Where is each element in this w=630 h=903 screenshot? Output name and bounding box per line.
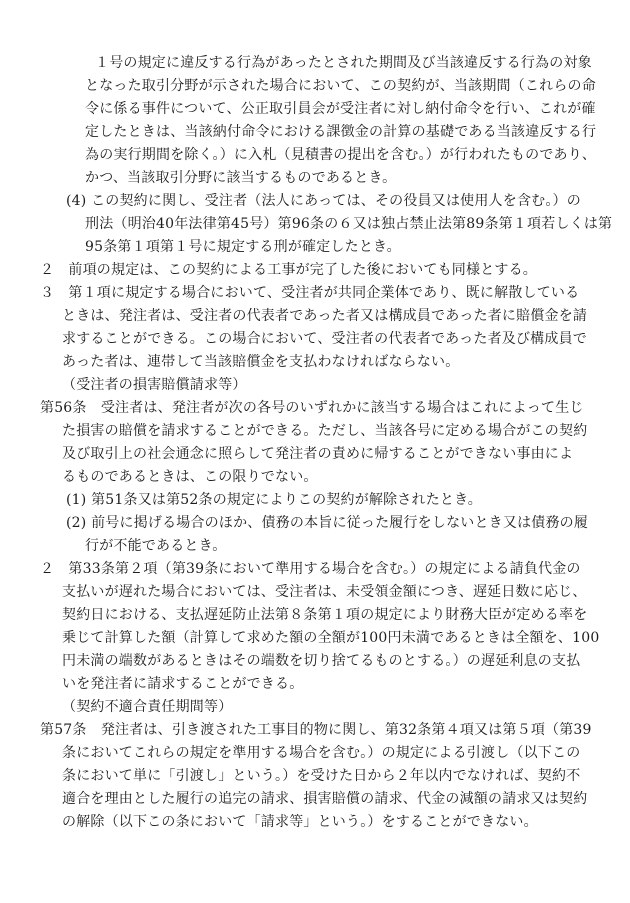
doc-line: ときは、発注者は、受注者の代表者であった者又は構成員であった者に賠償金を請 — [0, 305, 600, 328]
clause-2-line: ２ 前項の規定は、この契約による工事が完了した後においても同様とする。 — [0, 259, 600, 282]
doc-line: いを発注者に請求することができる。 — [0, 673, 600, 696]
doc-line: 条においてこれらの規定を準用する場合を含む。）の規定による引渡し（以下この — [0, 742, 600, 765]
doc-line: 令に係る事件について、公正取引員会が受注者に対し納付命令を行い、これが確 — [0, 98, 600, 121]
doc-line: 為の実行期間を除く。）に入札（見積書の提出を含む。）が行われたものであり、 — [0, 144, 600, 167]
article-57-line: 第57条 発注者は、引き渡された工事目的物に関し、第32条第４項又は第５項（第3… — [0, 719, 600, 742]
article-56-line: 第56条 受注者は、発注者が次の各号のいずれかに該当する場合はこれによって生じ — [0, 397, 600, 420]
section-title-line: （受注者の損害賠償請求等） — [0, 374, 600, 397]
doc-line: 及び取引上の社会通念に照らして発注者の責めに帰することができない事由によ — [0, 443, 600, 466]
item-2-line: (2) 前号に掲げる場合のほか、債務の本旨に従った履行をしないとき又は債務の履 — [0, 512, 600, 535]
doc-line: 刑法（明治40年法律第45号）第96条の６又は独占禁止法第89条第１項若しくは第 — [0, 213, 600, 236]
doc-line: １号の規定に違反する行為があったとされた期間及び当該違反する行為の対象 — [0, 52, 600, 75]
doc-line: 95条第１項第１号に規定する刑が確定したとき。 — [0, 236, 600, 259]
doc-line: 契約日における、支払遅延防止法第８条第１項の規定により財務大臣が定める率を — [0, 604, 600, 627]
doc-line: 適合を理由とした履行の追完の請求、損害賠償の請求、代金の減額の請求又は契約 — [0, 788, 600, 811]
item-4-line: (4) この契約に関し、受注者（法人にあっては、その役員又は使用人を含む。）の — [0, 190, 600, 213]
doc-line: かつ、当該取引分野に該当するものであるとき。 — [0, 167, 600, 190]
section-title-line: （契約不適合責任期間等） — [0, 696, 600, 719]
doc-line: 定したときは、当該納付命令における課徴金の計算の基礎である当該違反する行 — [0, 121, 600, 144]
doc-line: となった取引分野が示された場合において、この契約が、当該期間（これらの命 — [0, 75, 600, 98]
doc-line: るものであるときは、この限りでない。 — [0, 466, 600, 489]
item-1-line: (1) 第51条又は第52条の規定によりこの契約が解除されたとき。 — [0, 489, 600, 512]
doc-line: た損害の賠償を請求することができる。ただし、当該各号に定める場合がこの契約 — [0, 420, 600, 443]
doc-line: 条において単に「引渡し」という。）を受けた日から２年以内でなければ、契約不 — [0, 765, 600, 788]
doc-line: 行が不能であるとき。 — [0, 535, 600, 558]
document-page: １号の規定に違反する行為があったとされた期間及び当該違反する行為の対象 となった… — [0, 0, 630, 903]
clause-3-line: ３ 第１項に規定する場合において、受注者が共同企業体であり、既に解散している — [0, 282, 600, 305]
doc-line: 乗じて計算した額（計算して求めた額の全額が100円未満であるときは全額を、100 — [0, 627, 600, 650]
doc-line: 支払いが遅れた場合においては、受注者は、未受領金額につき、遅延日数に応じ、 — [0, 581, 600, 604]
clause-2-line: ２ 第33条第２項（第39条において準用する場合を含む。）の規定による請負代金の — [0, 558, 600, 581]
doc-line: 求することができる。この場合において、受注者の代表者であった者及び構成員で — [0, 328, 600, 351]
doc-line: 円未満の端数があるときはその端数を切り捨てるものとする。）の遅延利息の支払 — [0, 650, 600, 673]
doc-line: の解除（以下この条において「請求等」という。）をすることができない。 — [0, 811, 600, 834]
doc-line: あった者は、連帯して当該賠償金を支払わなければならない。 — [0, 351, 600, 374]
